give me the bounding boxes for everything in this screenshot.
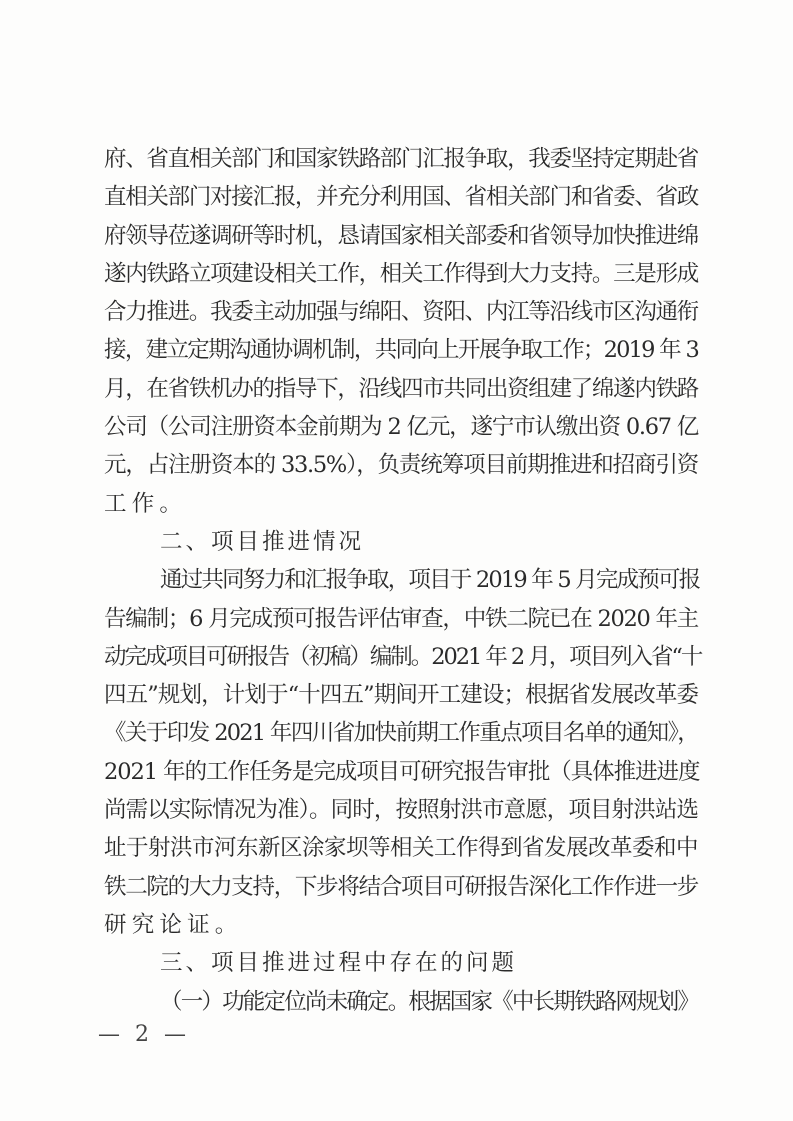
paragraph-line: 合力推进。我委主动加强与绵阳、资阳、内江等沿线市区沟通衔 [104, 293, 698, 331]
paragraph-line: 告编制；6 月完成预可报告评估审查，中铁二院已在 2020 年主 [104, 600, 698, 638]
paragraph-line: （一）功能定位尚未确定。根据国家《中长期铁路网规划》 [104, 983, 698, 1021]
paragraph-line: 动完成项目可研报告（初稿）编制。2021 年 2 月，项目列入省“十 [104, 638, 698, 676]
paragraph-line: 府领导莅遂调研等时机，恳请国家相关部委和省领导加快推进绵 [104, 217, 698, 255]
section-heading-issues: 三、项目推进过程中存在的问题 [104, 944, 698, 982]
section-heading-progress: 二、项目推进情况 [104, 523, 698, 561]
paragraph-line: 元，占注册资本的 33.5%），负责统筹项目前期推进和招商引资 [104, 446, 698, 484]
paragraph-line: 工作。 [104, 485, 698, 523]
paragraph-line: 府、省直相关部门和国家铁路部门汇报争取，我委坚持定期赴省 [104, 140, 698, 178]
page-number: — 2 — [98, 1022, 190, 1047]
paragraph-line: 接，建立定期沟通协调机制，共同向上开展争取工作；2019 年 3 [104, 331, 698, 369]
paragraph-line: 四五”规划，计划于“十四五”期间开工建设；根据省发展改革委 [104, 676, 698, 714]
paragraph-line: 通过共同努力和汇报争取，项目于 2019 年 5 月完成预可报 [104, 561, 698, 599]
paragraph-line: 2021 年的工作任务是完成项目可研究报告审批（具体推进进度 [104, 753, 698, 791]
paragraph-line: 遂内铁路立项建设相关工作，相关工作得到大力支持。三是形成 [104, 255, 698, 293]
paragraph-line: 公司（公司注册资本金前期为 2 亿元，遂宁市认缴出资 0.67 亿 [104, 408, 698, 446]
paragraph-line: 尚需以实际情况为准）。同时，按照射洪市意愿，项目射洪站选 [104, 791, 698, 829]
paragraph-line: 研究论证。 [104, 906, 698, 944]
paragraph-line: 址于射洪市河东新区涂家坝等相关工作得到省发展改革委和中 [104, 829, 698, 867]
document-body: 府、省直相关部门和国家铁路部门汇报争取，我委坚持定期赴省 直相关部门对接汇报，并… [104, 140, 698, 1021]
paragraph-line: 直相关部门对接汇报，并充分利用国、省相关部门和省委、省政 [104, 178, 698, 216]
document-page: 府、省直相关部门和国家铁路部门汇报争取，我委坚持定期赴省 直相关部门对接汇报，并… [0, 0, 793, 1121]
paragraph-line: 铁二院的大力支持，下步将结合项目可研报告深化工作作进一步 [104, 868, 698, 906]
paragraph-line: 月，在省铁机办的指导下，沿线四市共同出资组建了绵遂内铁路 [104, 370, 698, 408]
paragraph-line: 《关于印发 2021 年四川省加快前期工作重点项目名单的通知》， [104, 714, 698, 752]
